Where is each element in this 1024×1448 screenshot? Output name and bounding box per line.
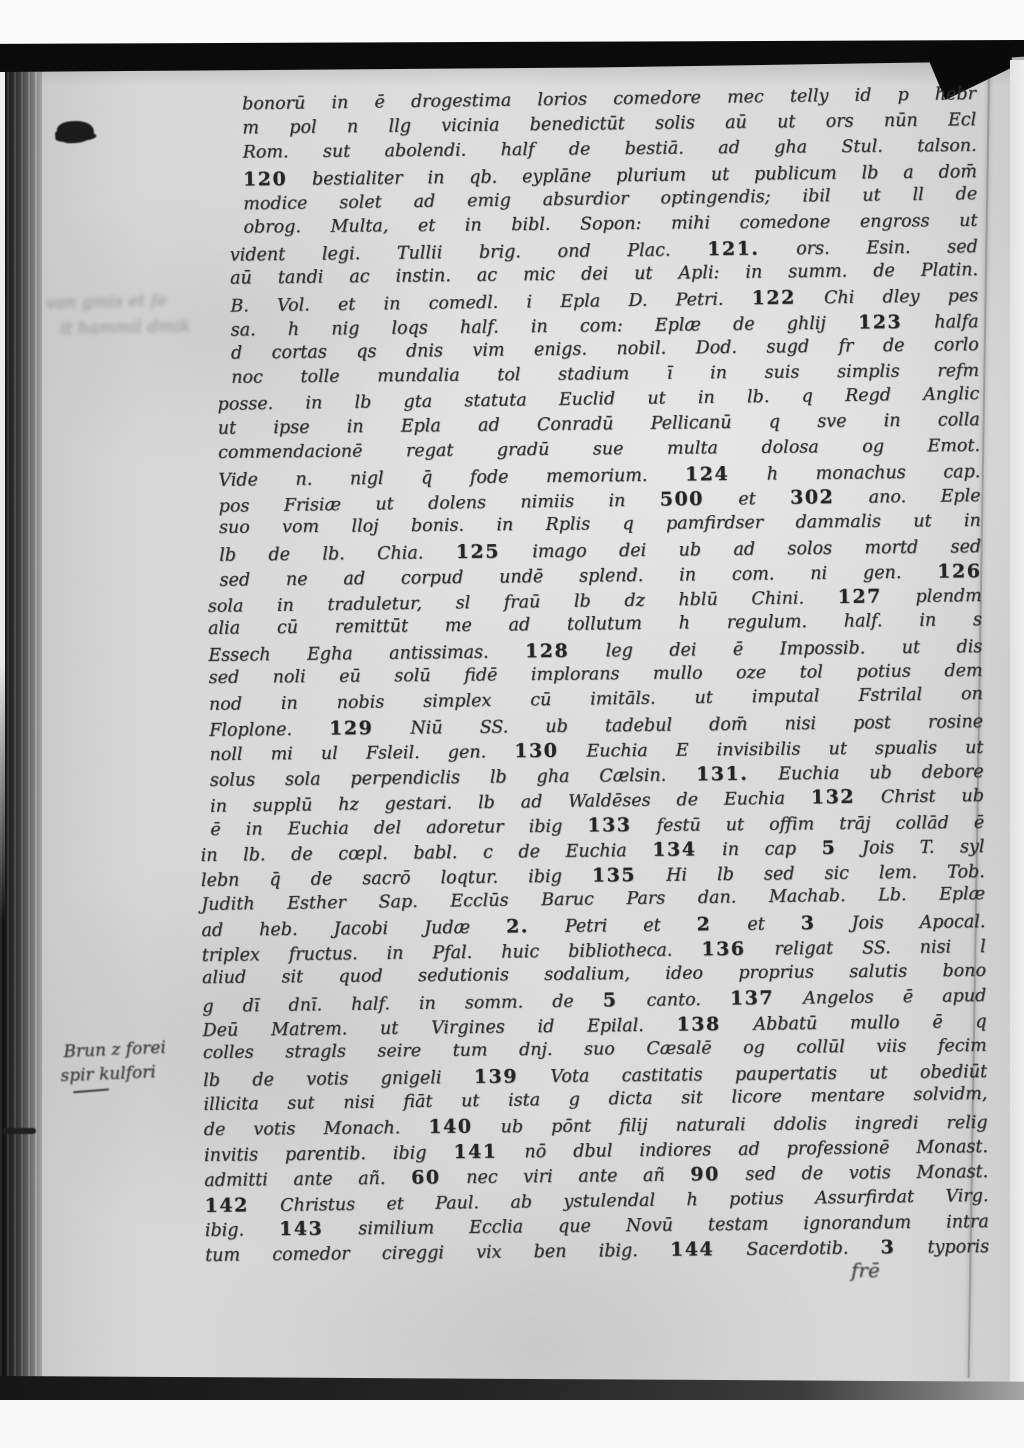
word: ut [375, 494, 394, 514]
word: tadebul [605, 716, 672, 737]
word: antissimas. [389, 643, 489, 664]
word: dolosa [761, 437, 818, 458]
word: potius [729, 1189, 784, 1210]
word: tandi [278, 268, 324, 289]
word: dei [669, 640, 696, 660]
entry-number: 60 [411, 1166, 441, 1188]
word: lb. [322, 544, 345, 564]
word: heb. [259, 920, 298, 940]
word: syl [960, 837, 985, 857]
word: potius [856, 662, 911, 683]
word: implorans [531, 664, 620, 685]
word: Chini. [751, 589, 804, 610]
word: h [288, 320, 300, 340]
word: sola [285, 770, 321, 790]
word: invisibilis [716, 740, 800, 761]
word: Euchia [586, 741, 647, 762]
word: sed [745, 1164, 776, 1184]
word: festū [656, 815, 700, 835]
entry-number: 2 [696, 913, 711, 935]
word: tol [800, 662, 823, 682]
word: lorios [537, 90, 587, 111]
word: sit [681, 1088, 703, 1108]
word: noll [209, 745, 242, 765]
word: dolens [428, 493, 486, 514]
word: Cæsalē [646, 1038, 711, 1059]
word: ibig. [205, 1220, 244, 1240]
word: Pfal. [432, 943, 472, 963]
entry-number: 131. [696, 763, 749, 786]
word: bono [942, 961, 986, 981]
word: admitti [204, 1170, 268, 1191]
word: lb [354, 393, 371, 413]
entry-number: 500 [660, 488, 704, 511]
entry-number: 129 [329, 717, 373, 739]
word: q [769, 412, 780, 432]
word: Baruc [541, 889, 594, 910]
word: ors. [796, 239, 830, 259]
word: dicta [608, 1089, 652, 1110]
word: lb. [747, 387, 770, 407]
scan-background-top [0, 0, 1024, 44]
word: half. [351, 994, 390, 1015]
word: sola [208, 596, 244, 616]
word: me [445, 616, 472, 636]
word: in [919, 611, 936, 631]
word: in [745, 263, 762, 283]
entry-number: 3 [801, 912, 816, 934]
word: lem. [879, 863, 917, 883]
word: fidē [464, 665, 497, 685]
word: que [558, 1217, 591, 1237]
word: tum [453, 1040, 488, 1060]
word: Pellicanū [651, 413, 732, 434]
word: viri [523, 1167, 553, 1187]
word: ors [826, 111, 854, 131]
word: in [246, 820, 263, 840]
word: ac [349, 267, 369, 287]
word: dī [242, 996, 259, 1016]
word: Epla [401, 416, 441, 436]
word: h [679, 613, 691, 633]
word: alia [208, 618, 240, 638]
word: statuta [464, 390, 526, 411]
word: Tullii [397, 243, 443, 264]
word: parentib. [285, 1144, 366, 1165]
word: gradū [497, 440, 550, 460]
word: sut [323, 142, 350, 162]
word: pōnt [551, 1117, 591, 1137]
word: talson. [917, 136, 977, 157]
word: naturali [675, 1115, 745, 1136]
entry-number: 132 [811, 786, 855, 809]
word: cū [277, 618, 298, 638]
word: in [722, 840, 739, 860]
word: solis [655, 113, 695, 133]
handwritten-text-block: bonorūinēdrogestimalorioscomedoremectell… [192, 85, 989, 1269]
word: seire [377, 1041, 421, 1061]
word: monachus [815, 463, 905, 484]
word: fiāt [403, 1092, 432, 1112]
word: mortd [864, 538, 918, 559]
word: añ [643, 1166, 665, 1186]
word: debore [921, 762, 983, 783]
word: com: [580, 316, 623, 336]
word: Angelos [803, 988, 874, 1009]
word: bonis. [411, 516, 464, 536]
word: trāj [839, 814, 870, 834]
word: apud [942, 986, 986, 1007]
word: ut [913, 511, 931, 531]
word: Rplis [545, 514, 590, 534]
word: solvidm, [913, 1084, 987, 1105]
word: de [291, 845, 313, 865]
word: Judæ [424, 918, 470, 939]
word: in [531, 317, 548, 337]
word: ē [374, 92, 385, 112]
word: Esin. [866, 238, 910, 259]
word: Vota [550, 1067, 589, 1087]
word: Epla [560, 291, 600, 312]
word: undē [499, 567, 543, 587]
word: bibliotheca. [568, 941, 672, 962]
word: Plac. [627, 241, 670, 261]
word: ut [461, 1091, 480, 1111]
word: Conradū [537, 414, 614, 435]
word: ond [557, 241, 590, 261]
word: offim [769, 814, 814, 834]
word: Esther [287, 893, 346, 914]
word: Euchia [724, 789, 785, 810]
word: half. [460, 318, 499, 338]
word: de [204, 1120, 226, 1140]
word: ub [500, 1117, 523, 1137]
word: typoris [927, 1237, 989, 1258]
word: ad [521, 792, 543, 812]
word: ad [343, 569, 365, 589]
word: votis [306, 1069, 348, 1089]
word: mullo [653, 663, 703, 683]
word: votis [253, 1119, 295, 1139]
word: mullo [850, 1013, 900, 1034]
word: in [383, 294, 400, 314]
word: stragls [285, 1042, 346, 1063]
word: q̄ [421, 468, 432, 488]
word: ibig. [599, 1241, 638, 1261]
word: ipse [273, 418, 309, 438]
word: ub [545, 717, 568, 737]
word: paupertatis [735, 1064, 837, 1085]
word: SS. [862, 938, 891, 958]
word: l [980, 937, 986, 957]
word: añ. [358, 1169, 386, 1189]
word: gen. [448, 742, 487, 762]
word: Monast. [916, 1162, 988, 1183]
word: simplex [423, 691, 491, 712]
word: m [242, 118, 259, 138]
word: ē [733, 640, 744, 660]
word: sed [209, 668, 240, 688]
entry-number: 127 [837, 585, 881, 608]
word: ano. [869, 487, 907, 508]
word: abolendi. [384, 141, 466, 162]
word: eyplāne [522, 166, 591, 187]
word: lb [490, 767, 507, 787]
word: sugd [766, 337, 809, 357]
word: obediūt [920, 1062, 987, 1083]
word: solus [210, 770, 256, 791]
word: ibig [529, 817, 563, 837]
word: suo [584, 1039, 615, 1059]
word: q [622, 514, 633, 534]
word: ē [974, 813, 985, 833]
word: ideo [665, 963, 703, 983]
word: corpud [401, 568, 464, 589]
word: brig. [479, 242, 521, 262]
word: rosine [928, 712, 983, 733]
word: Platin. [921, 260, 979, 281]
word: vix [476, 1243, 502, 1263]
word: ne [286, 570, 308, 590]
word: half [501, 140, 535, 160]
word: bonorū [242, 94, 305, 115]
word: Sacerdotib. [746, 1239, 848, 1260]
entry-number: 142 [204, 1194, 248, 1217]
word: in [201, 846, 218, 866]
word: pol [289, 118, 317, 138]
word: mihi [671, 213, 710, 233]
word: dei [581, 264, 608, 284]
entry-number: 121. [707, 238, 760, 261]
word: Euchia [288, 819, 349, 840]
word: sut [287, 1093, 315, 1113]
entry-number: 90 [690, 1163, 720, 1185]
word: Tob. [947, 862, 985, 882]
entry-number: 136 [701, 938, 745, 960]
word: Chia. [377, 543, 423, 564]
word: ē [903, 987, 914, 1007]
word: n. [295, 470, 312, 490]
book-binding-gutter [0, 44, 44, 1400]
word: enigs. [534, 340, 587, 361]
entry-number: 130 [514, 740, 558, 762]
word: nō [524, 1142, 546, 1162]
word: Hi [666, 865, 687, 885]
word: dammalis [795, 512, 881, 533]
word: Euclid [559, 389, 616, 410]
word: Eple [940, 486, 980, 507]
word: relig [946, 1113, 987, 1133]
word: ut [777, 112, 796, 132]
word: q [975, 1012, 986, 1032]
word: viis [876, 1037, 906, 1057]
word: in [608, 491, 625, 511]
word: de [883, 336, 905, 356]
word: de [252, 1070, 274, 1090]
word: vom [282, 517, 319, 537]
word: com. [732, 564, 775, 584]
word: Euchia [565, 841, 626, 862]
word: Monach. [323, 1118, 400, 1139]
word: lb [861, 163, 878, 183]
word: comedor [272, 1244, 350, 1265]
word: proprius [738, 962, 814, 983]
word: similium [358, 1218, 434, 1239]
word: filij [619, 1116, 647, 1136]
word: Chi [824, 288, 855, 308]
word: sed [764, 864, 795, 884]
word: SS. [480, 717, 509, 737]
word: perpendiclis [350, 768, 460, 789]
word: p [897, 85, 908, 105]
word: Emot. [927, 436, 980, 456]
word: dan. [698, 888, 737, 909]
binding-mark [2, 1128, 36, 1134]
word: adoretur [426, 817, 504, 838]
word: sl [455, 593, 470, 613]
word: ut [902, 638, 921, 658]
word: de [955, 184, 977, 204]
word: hblū [678, 590, 718, 611]
word: ad [718, 138, 740, 158]
word: refm [937, 361, 979, 381]
word: et [738, 489, 756, 509]
word: gha [774, 137, 807, 157]
word: cireggi [382, 1243, 444, 1264]
word: ut [965, 738, 983, 758]
word: in [496, 515, 513, 535]
word: ddolis [774, 1114, 827, 1134]
word: canto. [646, 990, 701, 1011]
word: oze [736, 663, 766, 683]
word: q [801, 386, 812, 406]
word: dbul [573, 1141, 613, 1161]
word: de [801, 1164, 823, 1184]
word: Virgines [431, 1018, 505, 1039]
word: plendm [915, 586, 982, 607]
word: tol [497, 365, 520, 385]
word: hz [338, 795, 359, 815]
word: lebn [201, 871, 240, 891]
word: Apli: [678, 263, 719, 283]
word: Paul. [435, 1193, 479, 1214]
word: Eplæ [655, 315, 701, 336]
word: Sopon: [580, 214, 642, 235]
word: Ecclūs [450, 891, 509, 912]
word: nisi [920, 937, 952, 957]
word: plurium [616, 165, 686, 186]
word: ante [293, 1169, 332, 1189]
word: Novū [626, 1216, 673, 1237]
word: ē [210, 820, 221, 840]
word: suis [765, 363, 800, 383]
word: Lb. [878, 885, 907, 905]
word: del [374, 818, 401, 838]
word: Dod. [696, 338, 738, 358]
word: lb [717, 865, 734, 885]
word: votis [849, 1163, 891, 1183]
word: nimiis [520, 492, 574, 513]
word: id [537, 1017, 554, 1037]
word: Christus [280, 1195, 355, 1216]
word: modice [243, 193, 307, 214]
word: Multa, [330, 216, 388, 237]
word: de [873, 261, 895, 281]
word: Judith [201, 894, 255, 915]
word: suo [219, 518, 250, 538]
word: mec [727, 87, 764, 108]
word: in [277, 596, 294, 616]
word: et [418, 216, 436, 236]
word: comedone [740, 212, 831, 233]
word: id [854, 86, 871, 106]
word: lb [574, 592, 591, 612]
word: huic [501, 942, 539, 962]
word: Waldēses [568, 791, 651, 812]
word: sa. [231, 320, 256, 340]
word: ub [869, 763, 892, 783]
word: g [202, 997, 213, 1017]
word: ll [912, 185, 923, 205]
word: halfa [934, 312, 978, 333]
word: gha [536, 767, 569, 787]
word: Jois [851, 913, 883, 933]
word: E [676, 741, 689, 761]
word: ab [510, 1192, 532, 1212]
word: Machab. [769, 886, 846, 907]
word: ub [678, 540, 701, 560]
word: fructus. [289, 944, 358, 965]
word: d [231, 343, 242, 363]
entry-number: 126 [937, 560, 981, 582]
word: corlo [934, 335, 979, 356]
word: in [210, 797, 227, 817]
word: posse. [217, 394, 273, 415]
word: Christ [881, 787, 936, 808]
word: qb. [469, 168, 497, 188]
word: mundalia [377, 366, 460, 387]
word: simplis [837, 362, 900, 383]
word: ut [694, 688, 713, 708]
word: traduletur, [327, 594, 422, 615]
word: ibig [528, 867, 562, 887]
word: mentare [810, 1085, 885, 1106]
word: noli [273, 667, 306, 687]
word: mic [523, 265, 555, 285]
word: Ecclia [469, 1217, 523, 1238]
word: multa [667, 438, 718, 458]
word: ad [201, 921, 223, 941]
manuscript-photo: van gmis et ſe it hammil dmik bonorūinēd… [0, 0, 1024, 1448]
word: de [569, 139, 591, 159]
word: Assurfirdat [815, 1187, 914, 1208]
word: Pars [626, 888, 665, 909]
word: bibl. [511, 215, 550, 235]
word: memorium. [546, 466, 648, 487]
entry-number: 5 [821, 837, 836, 859]
entry-number: 302 [790, 486, 834, 509]
entry-number: 141 [453, 1141, 497, 1163]
word: vident [230, 245, 286, 266]
word: s [973, 610, 982, 630]
word: sic [824, 864, 849, 884]
word: c [483, 843, 493, 863]
word: Epilal. [587, 1016, 644, 1037]
word: fode [470, 467, 509, 487]
word: triplex [202, 945, 260, 966]
word: ystulendal [563, 1191, 655, 1212]
word: nec [466, 1168, 498, 1188]
